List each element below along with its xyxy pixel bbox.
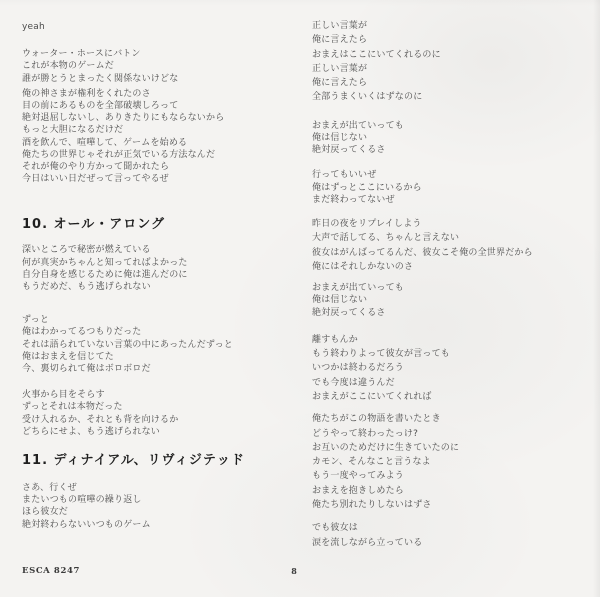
lyric-line: 俺はずっとここにいるから	[312, 182, 594, 194]
lyric-line: 今日はいい日だぜって言ってやるぜ	[22, 173, 297, 185]
lyric-line: 彼女はがんばってるんだ、彼女こそ俺の全世界だから	[312, 246, 594, 260]
lyric-line: 正しい言葉が	[312, 19, 594, 33]
lyric-line: 俺たちがこの物語を書いたとき	[312, 412, 594, 426]
lyrics-stanza: 行ってもいいぜ俺はずっとここにいるからまだ終わってないぜ	[312, 169, 594, 206]
lyric-line: yeah	[22, 21, 297, 33]
lyrics-stanza: でも彼女は涙を流しながら立っている	[312, 521, 594, 550]
lyric-line: ずっと	[22, 314, 297, 326]
lyric-line: ほら彼女だ	[22, 506, 297, 518]
lyric-line: おまえが出ていっても	[312, 282, 594, 294]
lyric-line: 絶対終わらないいつものゲーム	[22, 519, 297, 531]
lyric-line: 正しい言葉が	[312, 62, 594, 76]
catalog-number: ESCA 8247	[22, 566, 80, 576]
lyric-line: 昨日の夜をリプレイしよう	[312, 217, 594, 231]
lyric-line: もう終わりよって彼女が言っても	[312, 347, 594, 361]
lyric-line: 誰が勝とうとまったく関係ないけどな	[22, 73, 297, 85]
booklet-page: yeahウォーター・ホースにバトンこれが本物のゲームだ誰が勝とうとまったく関係な…	[0, 0, 600, 597]
lyric-line: まだ終わってないぜ	[312, 194, 594, 206]
song-title-heading: 11. ディナイアル、リヴィジテッド	[22, 453, 297, 468]
lyric-line: それは語られていない言葉の中にあったんだずっと	[22, 339, 297, 351]
lyric-line: 受け入れるか、それとも背を向けるか	[22, 414, 297, 426]
lyric-line: ウォーター・ホースにバトン	[22, 48, 297, 60]
lyric-line: 絶対戻ってくるさ	[312, 307, 594, 319]
song-title-heading: 10. オール・アロング	[22, 217, 297, 232]
lyric-line: 酒を飲んで、喧嘩して、ゲームを始める	[22, 137, 297, 149]
lyric-line: でも今度は違うんだ	[312, 376, 594, 390]
lyric-line: 目の前にあるものを全部破壊しろって	[22, 100, 297, 112]
lyrics-stanza: 昨日の夜をリプレイしよう大声で話してる、ちゃんと言えない彼女はがんばってるんだ、…	[312, 217, 594, 274]
lyric-line: 俺はわかってるつもりだった	[22, 326, 297, 338]
lyric-line: 深いところで秘密が燃えている	[22, 244, 297, 256]
lyrics-stanza: 俺たちがこの物語を書いたときどうやって終わったっけ?お互いのためだけに生きていた…	[312, 412, 594, 512]
lyric-line: もうだめだ、もう逃げられない	[22, 281, 297, 293]
lyric-line: これが本物のゲームだ	[22, 60, 297, 72]
lyric-line: 俺は信じない	[312, 294, 594, 306]
lyrics-column-left: yeahウォーター・ホースにバトンこれが本物のゲームだ誰が勝とうとまったく関係な…	[22, 21, 297, 531]
lyrics-stanza: 火事から目をそらすずっとそれは本物だった受け入れるか、それとも背を向けるかどちら…	[22, 389, 297, 438]
lyric-line: 行ってもいいぜ	[312, 169, 594, 181]
lyric-line: 今、裏切られて俺はボロボロだ	[22, 363, 297, 375]
lyric-line: 何が真実かちゃんと知ってればよかった	[22, 257, 297, 269]
lyric-line: さあ、行くぜ	[22, 482, 297, 494]
lyric-line: もっと大胆になるだけだ	[22, 124, 297, 136]
lyric-line: 俺はおまえを信じてた	[22, 351, 297, 363]
lyric-line: 俺たち別れたりしないはずさ	[312, 498, 594, 512]
lyric-line: 離すもんか	[312, 333, 594, 347]
lyrics-stanza: 俺の神さまが権利をくれたのさ目の前にあるものを全部破壊しろって絶対退屈しないし、…	[22, 88, 297, 186]
lyric-line: おまえはここにいてくれるのに	[312, 48, 594, 62]
lyric-line: どうやって終わったっけ?	[312, 427, 594, 441]
lyric-line: 絶対戻ってくるさ	[312, 144, 594, 156]
lyric-line: おまえを抱きしめたら	[312, 484, 594, 498]
lyric-line: 俺にはそれしかないのさ	[312, 260, 594, 274]
page-number: 8	[288, 566, 300, 576]
lyrics-stanza: ウォーター・ホースにバトンこれが本物のゲームだ誰が勝とうとまったく関係ないけどな	[22, 48, 297, 85]
lyrics-stanza: ずっと俺はわかってるつもりだったそれは語られていない言葉の中にあったんだずっと俺…	[22, 314, 297, 375]
lyric-line: おまえがここにいてくれれば	[312, 390, 594, 404]
lyric-line: いつかは終わるだろう	[312, 361, 594, 375]
lyric-line: 涙を流しながら立っている	[312, 536, 594, 550]
lyric-line: 俺たちの世界じゃそれが正気でいる方法なんだ	[22, 149, 297, 161]
lyrics-stanza: 正しい言葉が俺に言えたらおまえはここにいてくれるのに正しい言葉が俺に言えたら全部…	[312, 19, 594, 105]
lyric-line: カモン、そんなこと言うなよ	[312, 455, 594, 469]
lyric-line: それが俺のやり方かって聞かれたら	[22, 161, 297, 173]
lyrics-column-right: 正しい言葉が俺に言えたらおまえはここにいてくれるのに正しい言葉が俺に言えたら全部…	[312, 19, 594, 550]
lyrics-stanza: yeah	[22, 21, 297, 33]
lyrics-stanza: 深いところで秘密が燃えている何が真実かちゃんと知ってればよかった自分自身を感じる…	[22, 244, 297, 293]
lyric-line: 俺は信じない	[312, 132, 594, 144]
lyric-line: 俺の神さまが権利をくれたのさ	[22, 88, 297, 100]
lyric-line: 自分自身を感じるために俺は進んだのに	[22, 269, 297, 281]
lyric-line: 火事から目をそらす	[22, 389, 297, 401]
lyrics-stanza: 離すもんかもう終わりよって彼女が言ってもいつかは終わるだろうでも今度は違うんだお…	[312, 333, 594, 404]
lyrics-stanza: おまえが出ていっても俺は信じない絶対戻ってくるさ	[312, 282, 594, 319]
lyric-line: 俺に言えたら	[312, 76, 594, 90]
lyrics-stanza: さあ、行くぜまたいつもの喧嘩の繰り返しほら彼女だ絶対終わらないいつものゲーム	[22, 482, 297, 531]
lyrics-stanza: おまえが出ていっても俺は信じない絶対戻ってくるさ	[312, 120, 594, 157]
lyric-line: もう一度やってみよう	[312, 469, 594, 483]
lyric-line: おまえが出ていっても	[312, 120, 594, 132]
lyric-line: お互いのためだけに生きていたのに	[312, 441, 594, 455]
lyric-line: 絶対退屈しないし、ありきたりにもならないから	[22, 112, 297, 124]
lyric-line: 全部うまくいくはずなのに	[312, 90, 594, 104]
lyric-line: 俺に言えたら	[312, 33, 594, 47]
lyric-line: 大声で話してる、ちゃんと言えない	[312, 231, 594, 245]
lyric-line: またいつもの喧嘩の繰り返し	[22, 494, 297, 506]
lyric-line: ずっとそれは本物だった	[22, 401, 297, 413]
lyric-line: でも彼女は	[312, 521, 594, 535]
lyric-line: どちらにせよ、もう逃げられない	[22, 426, 297, 438]
